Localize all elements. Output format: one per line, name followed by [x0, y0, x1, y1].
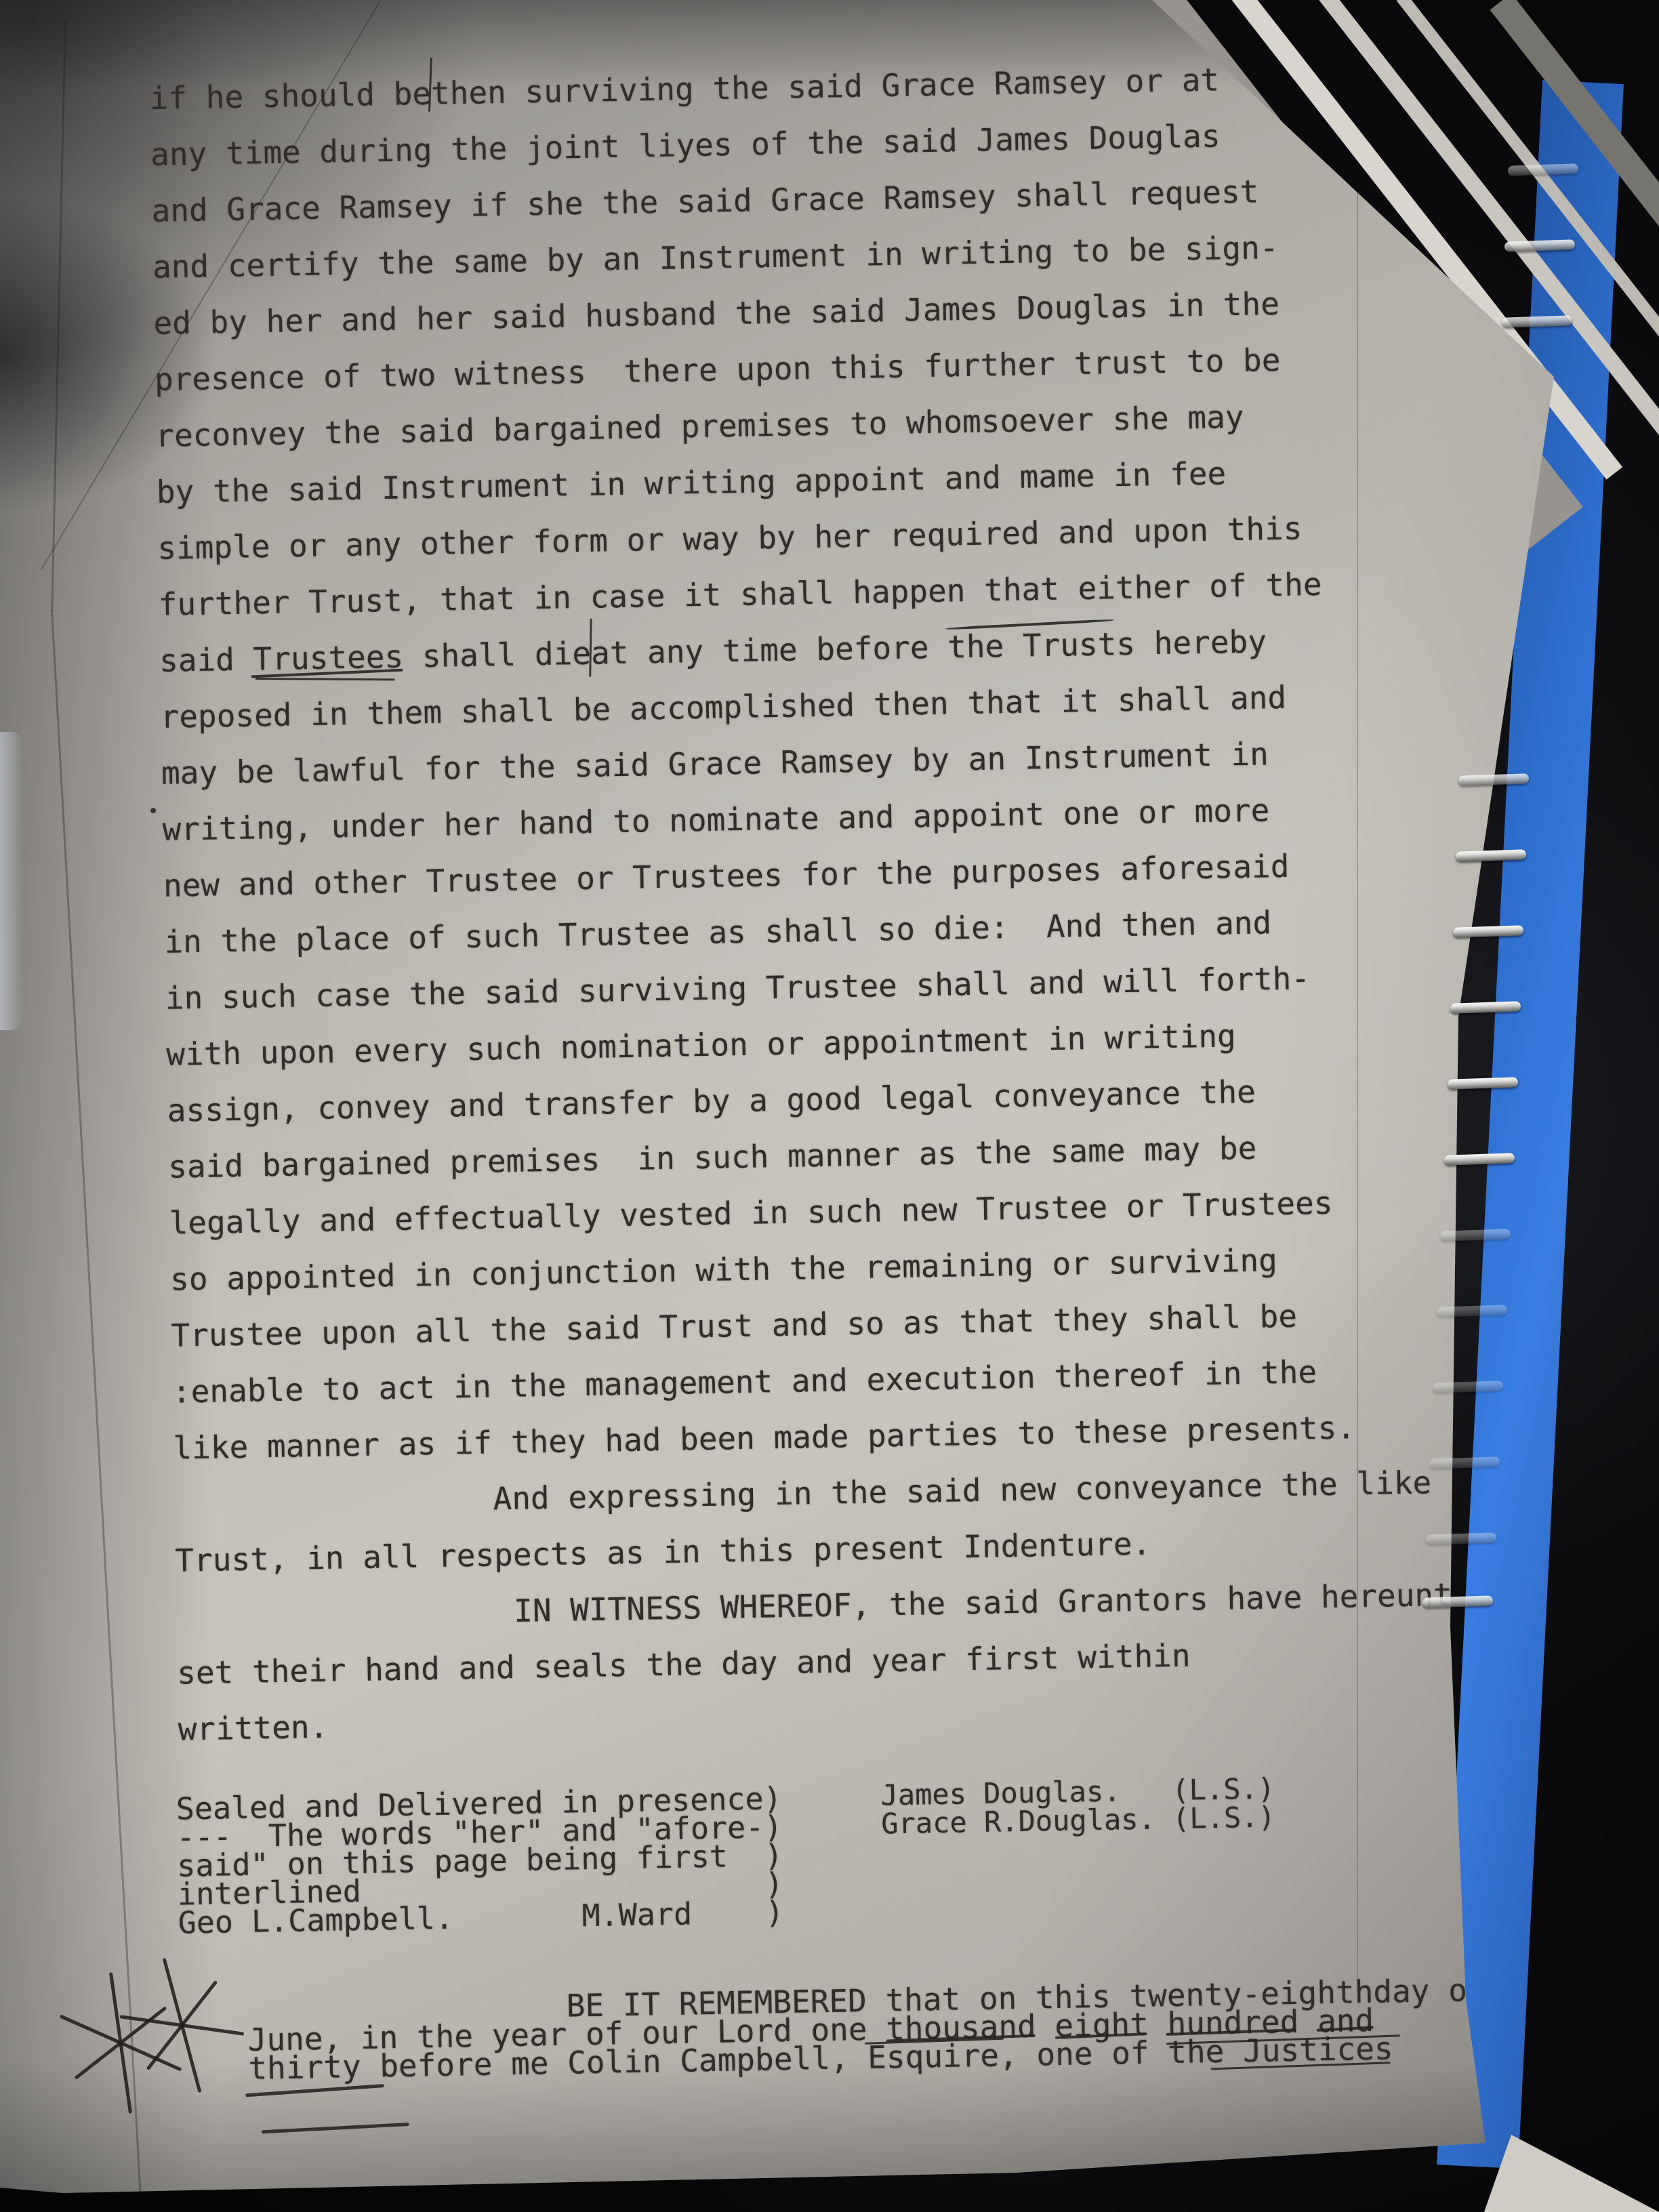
text-line: Geo L.Campbell. M.Ward ) — [178, 1898, 784, 1938]
text-line: Grace R.Douglas. (L.S.) — [881, 1803, 1275, 1838]
document-page: if he should bethen surviving the said G… — [0, 0, 1659, 2212]
photo-of-typewritten-indenture-page: { "document": { "body_lines": [ "if he s… — [0, 0, 1659, 2212]
body-paragraphs: if he should bethen surviving the said G… — [149, 48, 1473, 1758]
ink-dot-mark — [150, 808, 156, 813]
left-margin-fold-line — [51, 20, 66, 611]
left-edge-highlight — [0, 732, 23, 1030]
signer-names-column: James Douglas. (L.S.)Grace R.Douglas. (L… — [880, 1774, 1275, 1838]
typewritten-text-area: if he should bethen surviving the said G… — [112, 46, 1592, 2172]
witness-attestation-column: Sealed and Delivered in presence)--- The… — [176, 1784, 784, 1938]
double-line-mark — [262, 2123, 409, 2133]
